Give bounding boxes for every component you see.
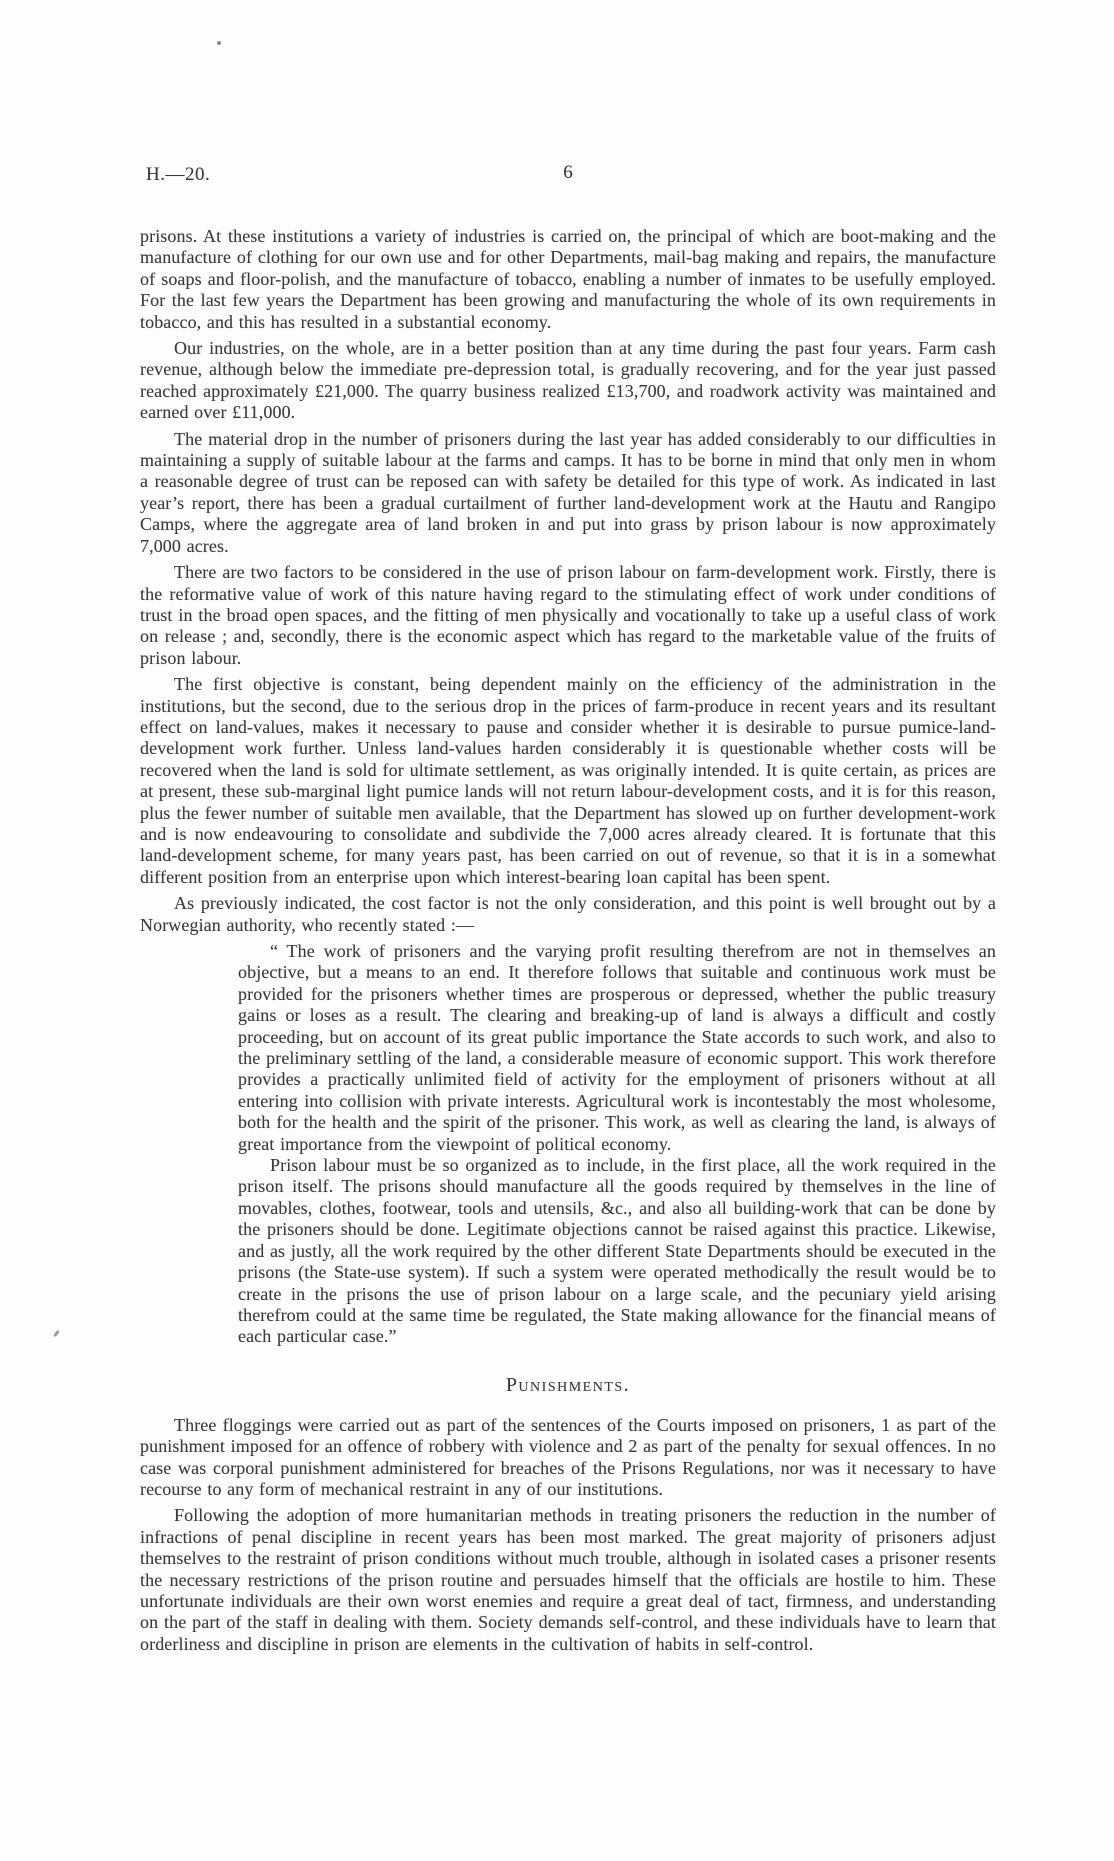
paragraph-cost-factor-intro: As previously indicated, the cost factor… [140, 893, 996, 936]
paragraph-industries-position: Our industries, on the whole, are in a b… [140, 338, 996, 424]
norwegian-authority-quote: “ The work of prisoners and the varying … [238, 941, 996, 1348]
paragraph-two-factors: There are two factors to be considered i… [140, 562, 996, 669]
quote-paragraph-prison-labour-organized: Prison labour must be so organized as to… [238, 1155, 996, 1348]
scan-speck [217, 41, 221, 45]
document-page: H.—20. 6 prisons. At these institutions … [0, 0, 1114, 1861]
page-content: H.—20. 6 prisons. At these institutions … [140, 162, 996, 1660]
quote-paragraph-work-of-prisoners: “ The work of prisoners and the varying … [238, 941, 996, 1155]
section-heading-punishments: Punishments. [140, 1374, 996, 1397]
page-number: 6 [563, 162, 573, 184]
paragraph-prisoner-drop: The material drop in the number of priso… [140, 429, 996, 557]
paragraph-prison-industries: prisons. At these institutions a variety… [140, 226, 996, 333]
page-header: H.—20. 6 [140, 162, 996, 192]
document-reference: H.—20. [146, 164, 210, 186]
paragraph-first-objective: The first objective is constant, being d… [140, 674, 996, 888]
paragraph-humanitarian-methods: Following the adoption of more humanitar… [140, 1505, 996, 1655]
scan-speck [53, 1330, 60, 1337]
paragraph-floggings: Three floggings were carried out as part… [140, 1415, 996, 1501]
